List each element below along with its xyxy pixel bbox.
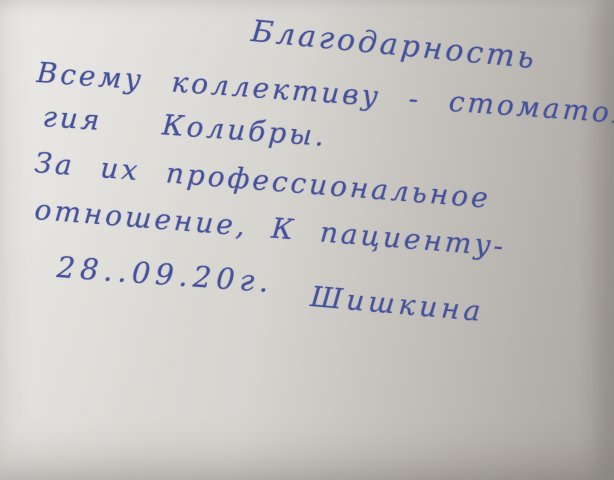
- note-date: 28..09.20г.: [56, 250, 275, 299]
- handwritten-note-photo: Благодарность Всему коллективу - стомато…: [0, 0, 614, 480]
- note-title: Благодарность: [250, 14, 539, 76]
- note-signature: Шишкина: [309, 280, 486, 328]
- note-line-2: гия Колибры.: [42, 100, 328, 153]
